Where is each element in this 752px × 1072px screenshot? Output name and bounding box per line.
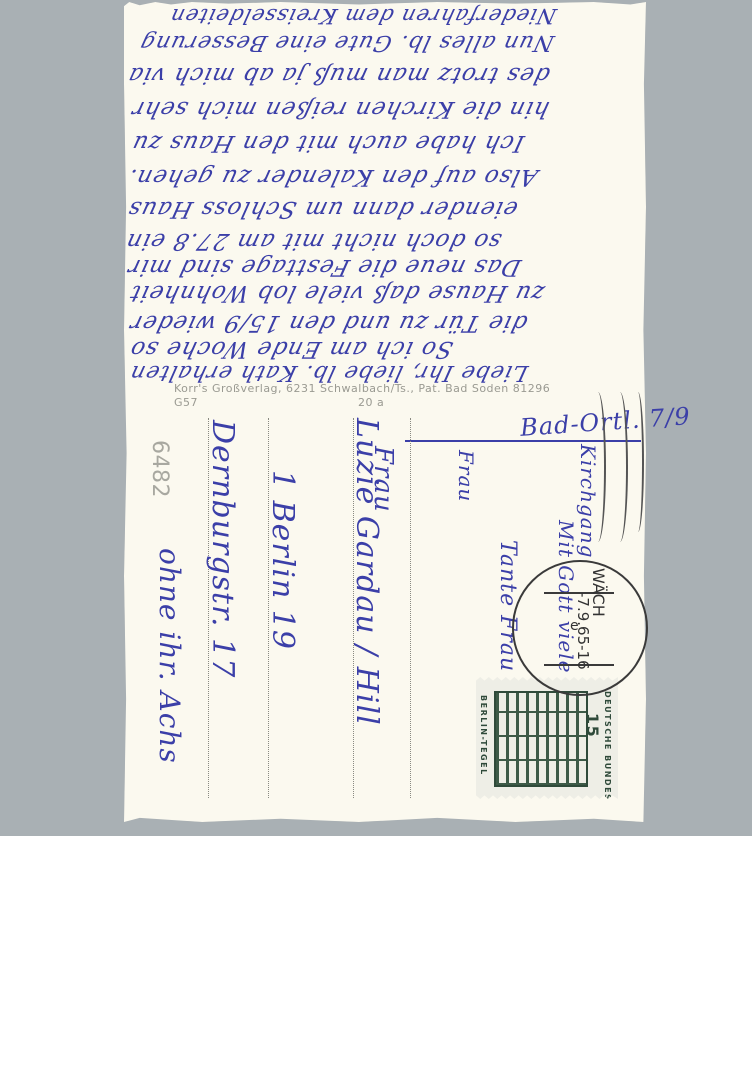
stamp-value: 15 [583, 713, 602, 738]
cancellation-wave [590, 392, 606, 542]
message-line: eiender dann um Schloss Haus [125, 196, 521, 222]
message-line: Niederfahren dem Kreisseldeiten [167, 4, 559, 28]
message-line: Also auf den Kalender zu gehen. [125, 164, 541, 190]
postmark: WÄCH -7.9.65-16 e [512, 560, 648, 696]
message-line: zu Hause daß viele lob Wohnheit [127, 280, 547, 306]
address-recipient-name: Luzie Gardau / Hill [349, 418, 384, 726]
cancellation-wave [612, 392, 628, 542]
publisher-imprint: Korr's Großverlag, 6231 Schwalbach/Ts., … [174, 382, 550, 395]
message-line: So ich am Ende Woche so [127, 336, 456, 362]
side-note: Frau [454, 450, 478, 502]
series-code: G57 [174, 396, 198, 409]
address-line-divider [410, 418, 411, 798]
postmark-letter: e [570, 618, 579, 634]
postage-stamp: BERLIN-TEGEL DEUTSCHE BUNDESPOST 15 [476, 677, 618, 799]
message-line: hin die Kirchen reißen mich sehr [129, 96, 552, 122]
price-code: 20 a [358, 396, 384, 409]
stamp-place: BERLIN-TEGEL [479, 695, 488, 776]
message-line: die Tür zu und den 15/9 wieder [127, 310, 530, 336]
pencil-note: 6482 [147, 440, 172, 498]
message-line: Das neue die Festtage sind mir [125, 254, 524, 280]
message-line: Nun alles lb. Gute eine Besserung [137, 30, 557, 55]
message-line: Ich habe auch mit den Haus zu [129, 130, 527, 156]
message-line: des trotz man muß ja ab mich via [125, 62, 553, 88]
stamp-building-icon [494, 691, 588, 787]
address-city: 1 Berlin 19 [265, 470, 300, 650]
ink-underline [405, 440, 641, 442]
address-note: ohne ihr. Achs [153, 548, 186, 764]
address-street: Dernburgstr. 17 [205, 420, 240, 678]
message-line: so doch nicht mit am 27.8 ein [123, 228, 504, 254]
cancellation-wave [632, 392, 644, 532]
